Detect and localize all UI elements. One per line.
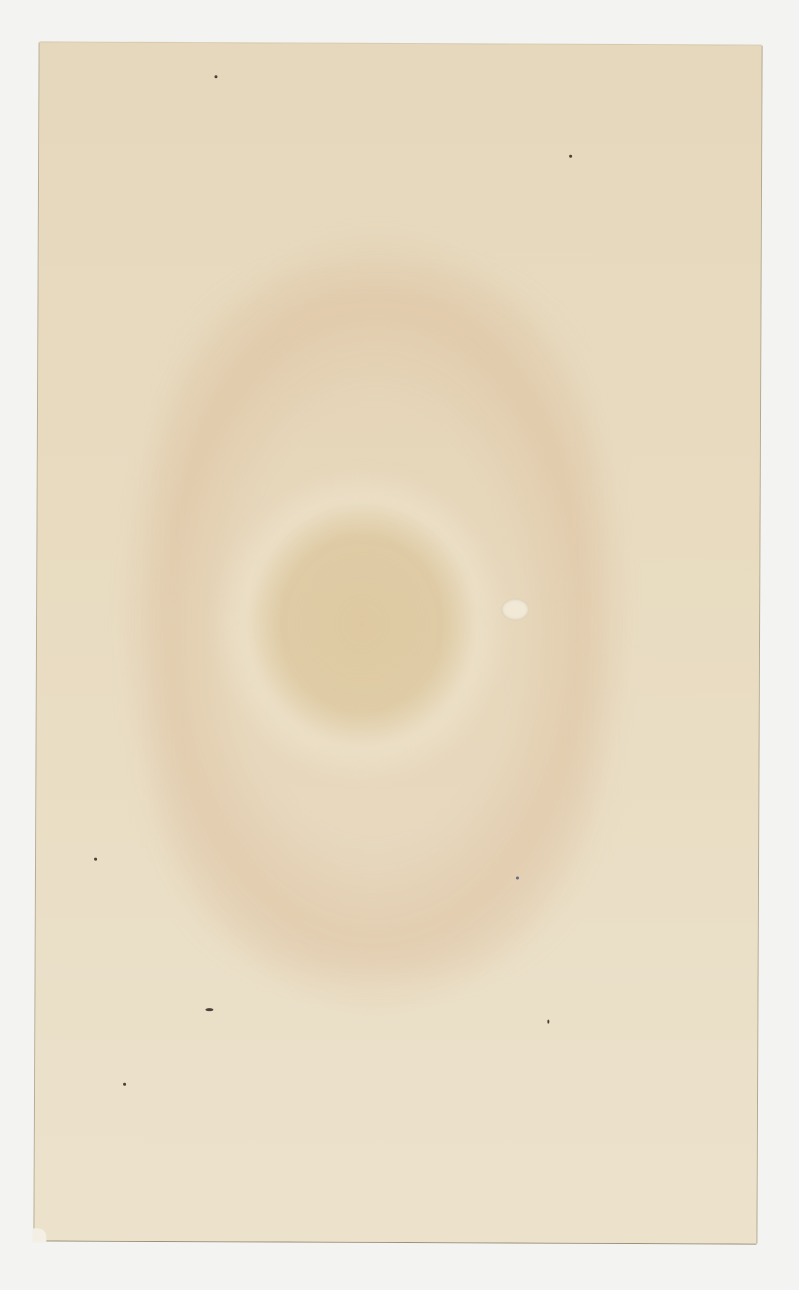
dust-speck: [94, 858, 97, 861]
dust-speck: [547, 1020, 549, 1024]
dust-speck: [569, 155, 572, 158]
dust-speck: [214, 75, 217, 78]
dust-speck: [205, 1008, 213, 1011]
antique-card-back: [34, 42, 761, 1243]
dust-speck: [123, 1083, 126, 1086]
paper-blister: [501, 598, 529, 620]
dust-speck: [516, 877, 519, 880]
worn-corner: [32, 1228, 46, 1242]
